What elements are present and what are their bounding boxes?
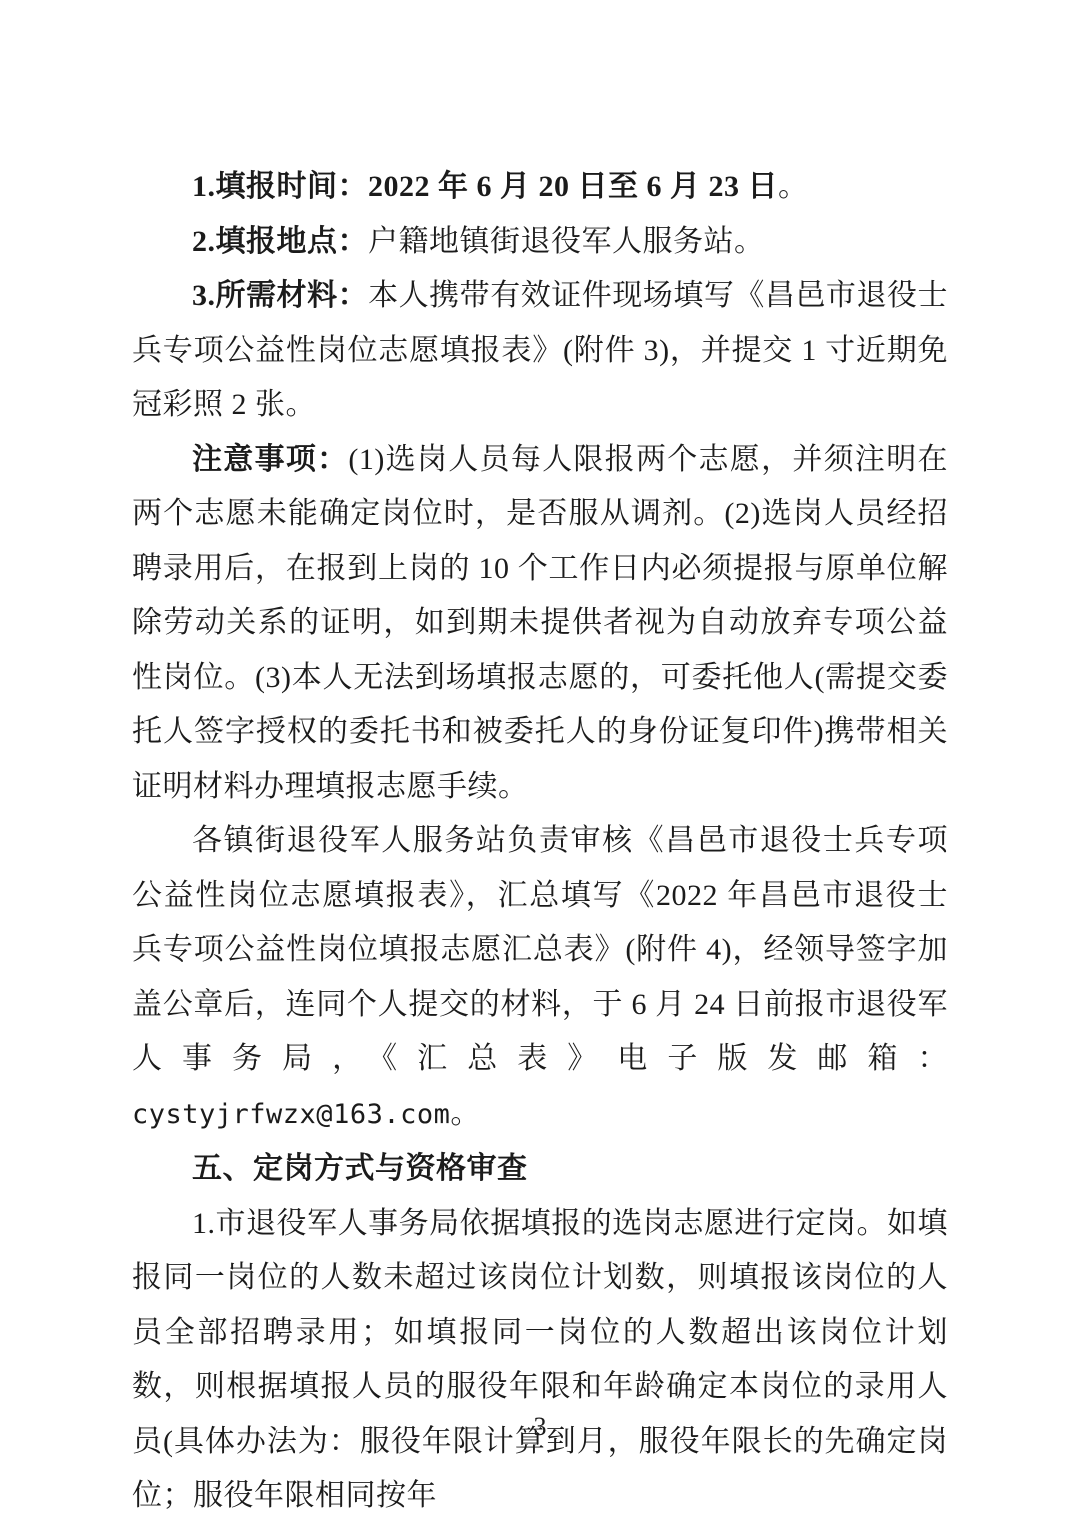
notes-label: 注意事项： <box>192 443 348 476</box>
item-3-materials: 3.所需材料：本人携带有效证件现场填写《昌邑市退役士兵专项公益性岗位志愿填报表》… <box>132 269 948 433</box>
item-1-date: 2022 年 6 月 20 日至 6 月 23 日 <box>368 170 778 203</box>
page-number: 3 <box>0 1412 1080 1442</box>
section-5-title: 五、定岗方式与资格审查 <box>192 1152 528 1185</box>
item-1-time: 1.填报时间：2022 年 6 月 20 日至 6 月 23 日。 <box>132 160 948 215</box>
item-3-label: 3.所需材料： <box>192 279 368 312</box>
notes: 注意事项：(1)选岗人员每人限报两个志愿，并须注明在两个志愿未能确定岗位时，是否… <box>132 433 948 815</box>
document-page: 1.填报时间：2022 年 6 月 20 日至 6 月 23 日。2.填报地点：… <box>0 0 1080 1528</box>
item-1-period: 。 <box>778 170 809 203</box>
audit-period: 。 <box>450 1097 481 1130</box>
item-1-label: 1.填报时间： <box>192 170 368 203</box>
email-address: cystyjrfwzx@163.com <box>132 1099 450 1130</box>
notes-text: (1)选岗人员每人限报两个志愿，并须注明在两个志愿未能确定岗位时，是否服从调剂。… <box>132 443 948 803</box>
document-body: 1.填报时间：2022 年 6 月 20 日至 6 月 23 日。2.填报地点：… <box>132 160 948 1524</box>
section-5-item-1-text: 1.市退役军人事务局依据填报的选岗志愿进行定岗。如填报同一岗位的人数未超过该岗位… <box>132 1207 948 1513</box>
section-5-heading: 五、定岗方式与资格审查 <box>132 1142 948 1197</box>
item-2-text: 户籍地镇街退役军人服务站。 <box>368 225 765 258</box>
section-5-item-1: 1.市退役军人事务局依据填报的选岗志愿进行定岗。如填报同一岗位的人数未超过该岗位… <box>132 1197 948 1524</box>
audit-summary: 各镇街退役军人服务站负责审核《昌邑市退役士兵专项公益性岗位志愿填报表》，汇总填写… <box>132 814 948 1142</box>
item-2-place: 2.填报地点：户籍地镇街退役军人服务站。 <box>132 215 948 270</box>
audit-text: 各镇街退役军人服务站负责审核《昌邑市退役士兵专项公益性岗位志愿填报表》，汇总填写… <box>132 824 948 1075</box>
item-2-label: 2.填报地点： <box>192 225 368 258</box>
